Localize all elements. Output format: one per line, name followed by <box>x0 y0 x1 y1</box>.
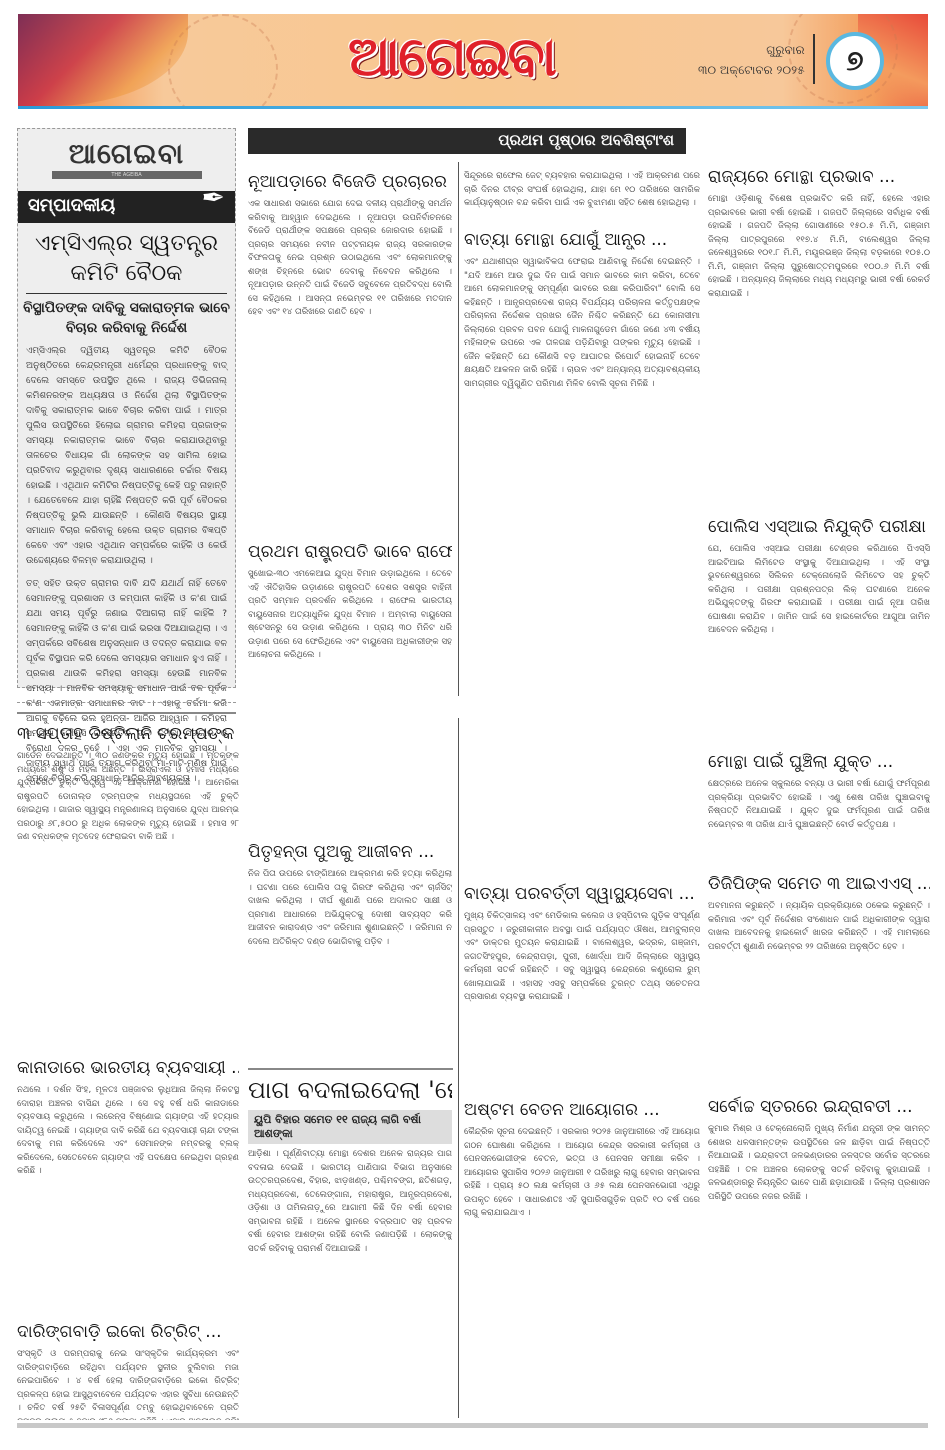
article-paga-badalaideli: ପାଗ ବଦଳାଇଦେଲା 'ମୋନ୍ଥା' ୟୁପି ବିହାର ସମେତ ୧… <box>248 1074 452 1419</box>
page-footer-bar <box>17 1423 928 1428</box>
editorial-box: ଆଗେଇବା THE AGEIBA ସମ୍ପାଦକୀୟ ✒ ଏମ୍‌ସିଏଲ୍‌… <box>17 128 236 688</box>
divider <box>17 702 236 703</box>
article-tin-saptaha: ୩ ସପ୍ତାହ ଡିଷ୍ଟିଲାନି ଟ୍ରମ୍ପଙ୍କ ... ଗାର୍ଡେ… <box>17 722 239 1042</box>
divider <box>248 1068 453 1070</box>
article-body: ମୁଖ୍ୟ ଚିକିତ୍ସାଳୟ ଏବଂ ମେଡିକାଲ କଲେଜ ଓ ହସ୍ପ… <box>464 910 700 1005</box>
editorial-title: ଏମ୍‌ସିଏଲ୍‌ର ସ୍ୱତନ୍ତ୍ର କମିଟି ବୈଠକ <box>18 223 235 293</box>
article-headline[interactable]: ପୋଲିସ ଏସ୍‌ଆଇ ନିଯୁକ୍ତି ପରୀକ୍ଷା ... <box>708 515 930 539</box>
masthead-underline <box>18 106 928 109</box>
date-label: ୩୦ ଅକ୍ଟୋବର ୨୦୨୫ <box>698 60 805 80</box>
article-headline[interactable]: ପ୍ରଥମ ରାଷ୍ଟ୍ରପତି ଭାବେ ରାଫେଲ୍‌ରେ ... <box>248 540 452 564</box>
column-divider <box>458 718 459 1418</box>
article-headline[interactable]: ରାଜ୍ୟରେ ମୋନ୍ଥା ପ୍ରଭାବ ... <box>708 165 930 189</box>
divider <box>813 34 815 84</box>
newspaper-logo: ଆଗେଇବା <box>348 24 555 89</box>
article-body: ନଥଲେ । ଦର୍ଶନ ସିଂହ, ମୂଳତଃ ପଞ୍ଜାବର ଲୁଧିଆନା… <box>17 1084 239 1179</box>
article-headline[interactable]: ଦାରିଙ୍ଗବାଡ଼ି ଇକୋ ରିଟ୍ରିଟ୍ ... <box>17 1320 239 1344</box>
article-sarbochha-indravati: ସର୍ବୋଚ୍ଚ ସ୍ତରରେ ଇନ୍ଦ୍ରାବତୀ ... କୁମାର ମିଶ… <box>708 1095 930 1420</box>
dateline: ଗୁରୁବାର ୩୦ ଅକ୍ଟୋବର ୨୦୨୫ <box>698 40 805 80</box>
pen-nib-icon: ✒ <box>202 181 225 214</box>
masthead: ଆଗେଇବା ଗୁରୁବାର ୩୦ ଅକ୍ଟୋବର ୨୦୨୫ ୭ <box>18 14 928 106</box>
article-body: ଅବମାନନା କରୁଛନ୍ତି । ନ୍ୟାୟିକ ପ୍ରକ୍ରିୟାରେ ଠ… <box>708 900 930 954</box>
editorial-banner: ସମ୍ପାଦକୀୟ ✒ <box>18 191 235 223</box>
article-headline[interactable]: ବାତ୍ୟା ମୋନ୍ଥା ଯୋଗୁଁ ଆନ୍ଧ୍ର ... <box>464 228 700 252</box>
article-body: ସୁଖୋଇ-୩୦ ଏମକେଆଇ ଯୁଦ୍ଧ ବିମାନ ଉଡ଼ାଇଥିଲେ । … <box>248 568 452 663</box>
article-body: କ୍ଷେତ୍ରରେ ଅନେକ ସ୍କୁଲରେ ବନ୍ୟା ଓ ଭାରୀ ବର୍ଷ… <box>708 778 930 832</box>
editorial-banner-label: ସମ୍ପାଦକୀୟ <box>28 195 115 216</box>
decorative-wave-left <box>18 14 188 106</box>
day-label: ଗୁରୁବାର <box>698 40 805 60</box>
article-body: ଯେ, ପୋଲିସ ଏସ୍‌ଆଇ ପରୀକ୍ଷା ଟେଣ୍ଡର କରିଥାରେ … <box>708 543 930 638</box>
article-prathama-rashtrapati: ପ୍ରଥମ ରାଷ୍ଟ୍ରପତି ଭାବେ ରାଫେଲ୍‌ରେ ... ସୁଖୋ… <box>248 540 452 830</box>
article-ashtama-betana: ଅଷ୍ଟମ ବେତନ ଆୟୋଗର ... କୈନ୍ଦ୍ରିକ ସୂଚନା ଦେଇ… <box>464 1098 700 1420</box>
article-batya-andhra-intro: ସିନ୍ଦୂରରେ ରାଫେଲ ଜେଟ୍ ବ୍ୟବହାର କରାଯାଇଥିଲା … <box>464 170 700 220</box>
article-headline[interactable]: ଅଷ୍ଟମ ବେତନ ଆୟୋଗର ... <box>464 1098 700 1122</box>
article-headline[interactable]: ପିତୃହନ୍ତା ପୁଅକୁ ଆଜୀବନ ... <box>248 840 452 864</box>
editorial-subtitle: ବିସ୍ଥାପିତଙ୍କ ଦାବିକୁ ସକାରାତ୍ମକ ଭାବେ ବିଚାର… <box>18 294 235 344</box>
article-headline[interactable]: କାନାଡାରେ ଭାରତୀୟ ବ୍ୟବସାୟୀ ... <box>17 1056 239 1080</box>
article-montha-ghunchhila: ମୋନ୍ଥା ପାଇଁ ଘୁଞ୍ଚିଲା ଯୁକ୍ତ ... କ୍ଷେତ୍ରରେ… <box>708 750 930 860</box>
article-body: କୈନ୍ଦ୍ରିକ ସୂଚନା ଦେଇଛନ୍ତି । ସରକାର ୨୦୨୫ ଜା… <box>464 1126 700 1221</box>
article-batya-andhra: ବାତ୍ୟା ମୋନ୍ଥା ଯୋଗୁଁ ଆନ୍ଧ୍ର ... ଏବଂ ଯଥାଶୀ… <box>464 228 700 868</box>
page-number-badge: ୭ <box>826 32 884 90</box>
article-body: ଆଡ଼ିଶା । ଘୂର୍ଣ୍ଣିବାତ୍ୟା ମୋନ୍ଥା ଦେଶର ଅନେକ… <box>248 1148 452 1256</box>
section-heading-band: ପ୍ରଥମ ପୃଷ୍ଠାର ଅବଶିଷ୍ଟାଂଶ <box>248 128 686 154</box>
article-body: ଏକ ସାଧାରଣ ସଭାରେ ଯୋଗ ଦେଇ ଦଳୀୟ ପ୍ରାର୍ଥୀଙ୍କ… <box>248 198 452 320</box>
article-rajyare-montha: ରାଜ୍ୟରେ ମୋନ୍ଥା ପ୍ରଭାବ ... ମୋନ୍ଥା ଓଡ଼ିଶାକ… <box>708 165 930 505</box>
editorial-logo-subtitle: THE AGEIBA <box>52 171 202 179</box>
article-body: ସଂସ୍କୃତି ଓ ପରମ୍ପରାକୁ ନେଇ ସାଂସ୍କୃତିକ କାର୍… <box>17 1348 239 1420</box>
article-pitruhanta: ପିତୃହନ୍ତା ପୁଅକୁ ଆଜୀବନ ... ନିଜ ପିତା ଉପରେ … <box>248 840 452 1062</box>
editorial-paragraph: ଏମ୍‌ସିଏଲ୍‌ର ଦ୍ୱିତୀୟ ସ୍ୱତନ୍ତ୍ର କମିଟି ବୈଠକ… <box>26 344 227 569</box>
article-body: ସିନ୍ଦୂରରେ ରାଫେଲ ଜେଟ୍ ବ୍ୟବହାର କରାଯାଇଥିଲା … <box>464 170 700 211</box>
editorial-logo: ଆଗେଇବା <box>52 137 202 171</box>
article-body: ଏବଂ ଯଥାଶୀଘ୍ର ସ୍ୱାଭାବିକତା ଫେରାଇ ଆଣିବାକୁ ନ… <box>464 256 700 391</box>
article-body: ଗାର୍ଡେନ ଦେଇଥାନ୍ତି । ୩୦ ଜଣଙ୍କର ମୃତ୍ୟୁ ହୋଇ… <box>17 750 239 845</box>
article-body: ନିଜ ପିତା ଉପରେ ଟାଙ୍ଗିଆରେ ଆକ୍ରମଣ କରି ହତ୍ୟା… <box>248 868 452 949</box>
article-headline[interactable]: ମୋନ୍ଥା ପାଇଁ ଘୁଞ୍ଚିଲା ଯୁକ୍ତ ... <box>708 750 930 774</box>
article-police-si: ପୋଲିସ ଏସ୍‌ଆଇ ନିଯୁକ୍ତି ପରୀକ୍ଷା ... ଯେ, ପୋ… <box>708 515 930 735</box>
article-batya-swasthya: ବାତ୍ୟା ପରବର୍ତ୍ତୀ ସ୍ୱାସ୍ଥ୍ୟସେବା ... ମୁଖ୍ୟ… <box>464 882 700 1082</box>
article-daringbadi: ଦାରିଙ୍ଗବାଡ଼ି ଇକୋ ରିଟ୍ରିଟ୍ ... ସଂସ୍କୃତି ଓ… <box>17 1320 239 1420</box>
editorial-body: ଏମ୍‌ସିଏଲ୍‌ର ଦ୍ୱିତୀୟ ସ୍ୱତନ୍ତ୍ର କମିଟି ବୈଠକ… <box>18 344 235 787</box>
article-canada: କାନାଡାରେ ଭାରତୀୟ ବ୍ୟବସାୟୀ ... ନଥଲେ । ଦର୍ଶ… <box>17 1056 239 1306</box>
article-body: ମୋନ୍ଥା ଓଡ଼ିଶାକୁ ବିଶେଷ ପ୍ରଭାବିତ କରି ନାହିଁ… <box>708 193 930 301</box>
article-subheadline: ୟୁପି ବିହାର ସମେତ ୧୧ ରାଜ୍ୟ ଲାଗି ବର୍ଷା ଆଶଙ୍… <box>248 1110 452 1144</box>
article-body: କୁମାର ମିଶ୍ର ଓ ଟେକ୍ନୋଲୋଜି ମୁଖ୍ୟ ନିର୍ମାଣ ଯ… <box>708 1123 930 1204</box>
mandala-ornament-icon <box>168 14 278 106</box>
column-divider <box>458 162 459 696</box>
article-headline[interactable]: ପାଗ ବଦଳାଇଦେଲା 'ମୋନ୍ଥା' <box>248 1074 452 1106</box>
article-dgp-ias: ଡିଜିପିଙ୍କ ସମେତ ୩ ଆଇଏଏସ୍ ... ଅବମାନନା କରୁଛ… <box>708 872 930 1082</box>
article-headline[interactable]: ବାତ୍ୟା ପରବର୍ତ୍ତୀ ସ୍ୱାସ୍ଥ୍ୟସେବା ... <box>464 882 700 906</box>
divider <box>17 712 236 714</box>
article-nuapada: ନୂଆପଡ଼ାରେ ବିଜେଡି ପ୍ରଚାରର ... ଏକ ସାଧାରଣ ସ… <box>248 170 452 530</box>
article-headline[interactable]: ଡିଜିପିଙ୍କ ସମେତ ୩ ଆଇଏଏସ୍ ... <box>708 872 930 896</box>
article-headline[interactable]: ସର୍ବୋଚ୍ଚ ସ୍ତରରେ ଇନ୍ଦ୍ରାବତୀ ... <box>708 1095 930 1119</box>
article-headline[interactable]: ୩ ସପ୍ତାହ ଡିଷ୍ଟିଲାନି ଟ୍ରମ୍ପଙ୍କ ... <box>17 722 239 746</box>
article-headline[interactable]: ନୂଆପଡ଼ାରେ ବିଜେଡି ପ୍ରଚାରର ... <box>248 170 452 194</box>
